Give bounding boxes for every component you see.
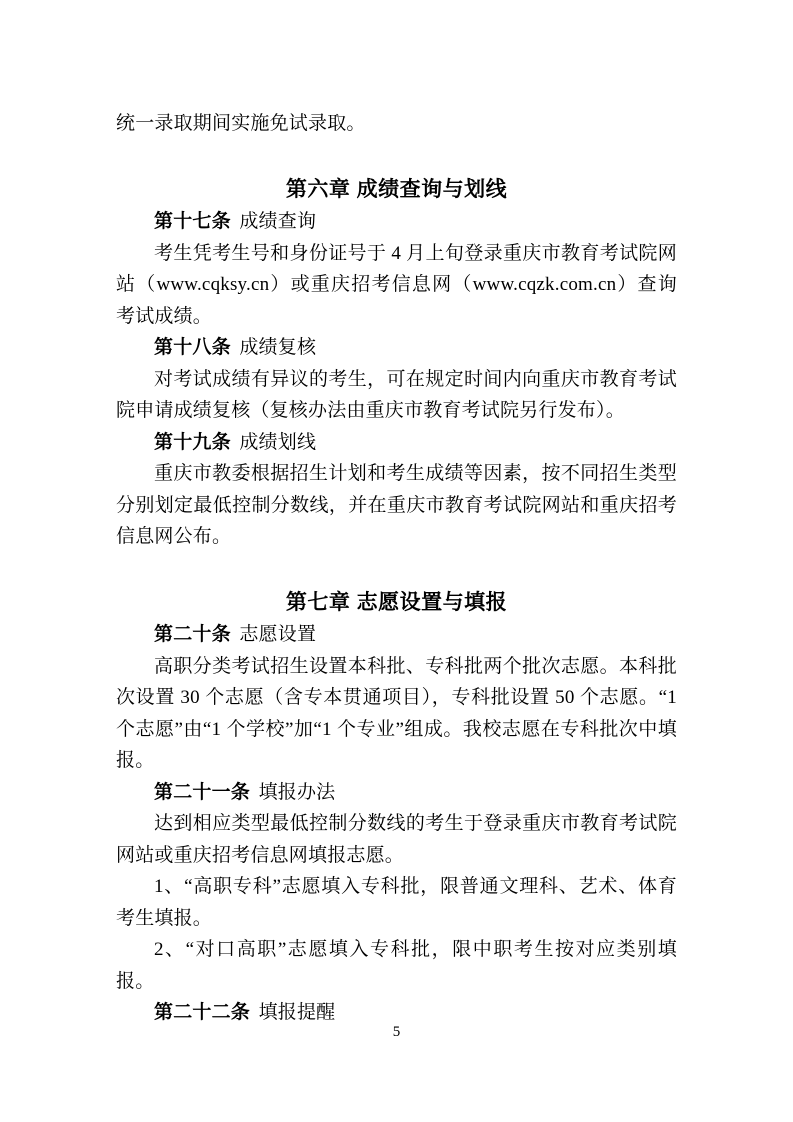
chapter-heading: 第七章 志愿设置与填报 — [116, 587, 677, 619]
article-title: 成绩划线 — [239, 432, 316, 453]
body-paragraph: 对考试成绩有异议的考生，可在规定时间内向重庆市教育考试院申请成绩复核（复核办法由… — [116, 364, 677, 427]
paragraph-text: 重庆市教委根据招生计划和考生成绩等因素，按不同招生类型分别划定最低控制分数线，并… — [116, 463, 677, 547]
body-paragraph: 高职分类考试招生设置本科批、专科批两个批次志愿。本科批次设置 30 个志愿（含专… — [116, 651, 677, 777]
chapter-title: 第六章 成绩查询与划线 — [286, 178, 507, 201]
body-paragraph: 考生凭考生号和身份证号于 4 月上旬登录重庆市教育考试院网站（www.cqksy… — [116, 238, 677, 333]
paragraph-text: 对考试成绩有异议的考生，可在规定时间内向重庆市教育考试院申请成绩复核（复核办法由… — [116, 369, 677, 422]
paragraph-text: 2、“对口高职”志愿填入专科批，限中职考生按对应类别填报。 — [116, 939, 677, 992]
article-title: 志愿设置 — [239, 624, 316, 645]
article-number: 第二十一条 — [154, 782, 250, 803]
article-number: 第十九条 — [154, 432, 231, 453]
body-paragraph: 重庆市教委根据招生计划和考生成绩等因素，按不同招生类型分别划定最低控制分数线，并… — [116, 458, 677, 553]
paragraph-text: 考生凭考生号和身份证号于 4 月上旬登录重庆市教育考试院网站（www.cqksy… — [116, 243, 677, 327]
article-number: 第二十条 — [154, 624, 231, 645]
article-title: 填报办法 — [259, 782, 336, 803]
article-title: 成绩复核 — [239, 337, 316, 358]
article-title: 填报提醒 — [259, 1002, 336, 1023]
article-title: 成绩查询 — [239, 211, 316, 232]
body-paragraph: 2、“对口高职”志愿填入专科批，限中职考生按对应类别填报。 — [116, 934, 677, 997]
article-paragraph: 第二十一条填报办法 — [116, 777, 677, 809]
article-paragraph: 第十七条成绩查询 — [116, 206, 677, 238]
body-paragraph: 1、“高职专科”志愿填入专科批，限普通文理科、艺术、体育考生填报。 — [116, 871, 677, 934]
article-paragraph: 第十八条成绩复核 — [116, 332, 677, 364]
article-number: 第十八条 — [154, 337, 231, 358]
body-paragraph: 统一录取期间实施免试录取。 — [116, 108, 677, 140]
paragraph-text: 高职分类考试招生设置本科批、专科批两个批次志愿。本科批次设置 30 个志愿（含专… — [116, 656, 677, 772]
article-paragraph: 第二十条志愿设置 — [116, 619, 677, 651]
page-number: 5 — [393, 1024, 401, 1040]
paragraph-text: 统一录取期间实施免试录取。 — [116, 113, 366, 134]
article-number: 第二十二条 — [154, 1002, 250, 1023]
article-number: 第十七条 — [154, 211, 231, 232]
article-paragraph: 第十九条成绩划线 — [116, 427, 677, 459]
paragraph-text: 1、“高职专科”志愿填入专科批，限普通文理科、艺术、体育考生填报。 — [116, 876, 677, 929]
document-content: 统一录取期间实施免试录取。第六章 成绩查询与划线第十七条成绩查询考生凭考生号和身… — [116, 108, 677, 1029]
chapter-title: 第七章 志愿设置与填报 — [286, 591, 507, 614]
page-footer: 5 — [0, 1023, 793, 1041]
document-page: 统一录取期间实施免试录取。第六章 成绩查询与划线第十七条成绩查询考生凭考生号和身… — [0, 0, 793, 1122]
chapter-heading: 第六章 成绩查询与划线 — [116, 174, 677, 206]
paragraph-text: 达到相应类型最低控制分数线的考生于登录重庆市教育考试院网站或重庆招考信息网填报志… — [116, 813, 677, 866]
body-paragraph: 达到相应类型最低控制分数线的考生于登录重庆市教育考试院网站或重庆招考信息网填报志… — [116, 808, 677, 871]
